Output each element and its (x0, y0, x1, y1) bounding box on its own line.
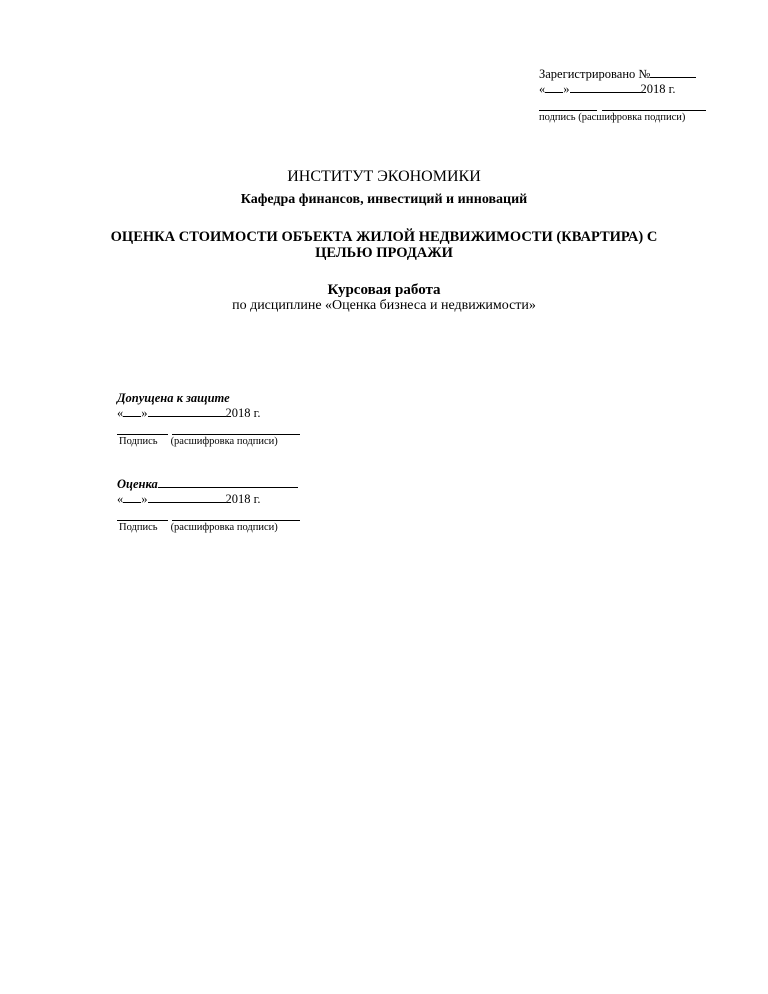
day-field (123, 491, 141, 503)
department-name: Кафедра финансов, инвестиций и инноваций (0, 191, 768, 208)
grade-signature-line (117, 508, 302, 522)
grade-heading-line: Оценка (117, 476, 302, 491)
registered-label: Зарегистрировано № (539, 67, 650, 81)
registration-signature-caption: подпись (расшифровка подписи) (539, 112, 709, 124)
signature-decoding-field (602, 98, 706, 111)
decoding-label: (расшифровка подписи) (171, 436, 278, 447)
grade-date-line: «»2018 г. (117, 491, 302, 506)
month-field (148, 405, 226, 417)
admitted-signature-caption: Подпись(расшифровка подписи) (117, 436, 302, 448)
admitted-heading: Допущена к защите (117, 391, 302, 405)
registration-number-field (650, 66, 696, 78)
decoding-label: (расшифровка подписи) (171, 522, 278, 533)
admitted-date-line: «»2018 г. (117, 405, 302, 420)
grade-field (158, 476, 298, 488)
signature-decoding-field (172, 508, 300, 521)
document-title: ОЦЕНКА СТОИМОСТИ ОБЪЕКТА ЖИЛОЙ НЕДВИЖИМО… (100, 229, 668, 261)
signature-decoding-field (172, 422, 300, 435)
month-field (148, 491, 226, 503)
institute-name: ИНСТИТУТ ЭКОНОМИКИ (0, 168, 768, 186)
registration-signature-line (539, 98, 709, 112)
admitted-signature-line (117, 422, 302, 436)
grade-block: Оценка «»2018 г. Подпись(расшифровка под… (117, 476, 302, 534)
document-page: Зарегистрировано № «»2018 г. подпись (ра… (0, 0, 768, 994)
day-field (545, 81, 563, 93)
signature-field (539, 98, 597, 111)
admitted-block: Допущена к защите «»2018 г. Подпись(расш… (117, 391, 302, 448)
grade-signature-caption: Подпись(расшифровка подписи) (117, 522, 302, 534)
discipline-line: по дисциплине «Оценка бизнеса и недвижим… (0, 298, 768, 314)
registration-block: Зарегистрировано № «»2018 г. подпись (ра… (539, 66, 709, 124)
year-text: 2018 г. (226, 406, 261, 420)
title-line-2: ЦЕЛЬЮ ПРОДАЖИ (100, 245, 668, 261)
signature-label: Подпись (119, 436, 158, 447)
signature-field (117, 422, 168, 435)
signature-field (117, 508, 168, 521)
year-text: 2018 г. (226, 492, 261, 506)
registration-date-line: «»2018 г. (539, 81, 709, 96)
registration-number-line: Зарегистрировано № (539, 66, 709, 81)
title-line-1: ОЦЕНКА СТОИМОСТИ ОБЪЕКТА ЖИЛОЙ НЕДВИЖИМО… (100, 229, 668, 245)
work-type: Курсовая работа (0, 282, 768, 299)
grade-heading: Оценка (117, 477, 158, 491)
day-field (123, 405, 141, 417)
year-text: 2018 г. (641, 82, 676, 96)
month-field (570, 81, 641, 93)
signature-label: Подпись (119, 522, 158, 533)
